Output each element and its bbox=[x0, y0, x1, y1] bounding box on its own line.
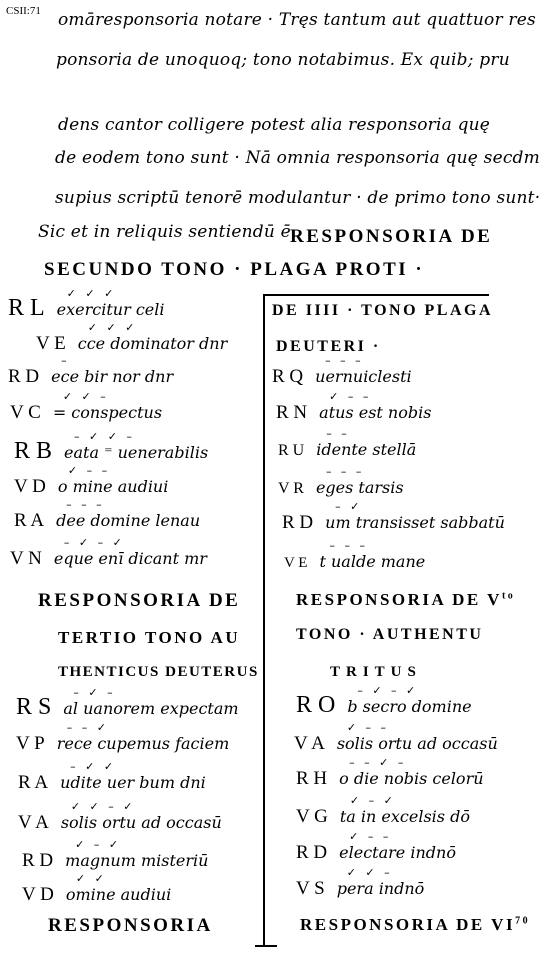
neumes-icon: – – – bbox=[329, 539, 368, 552]
siglum: R L bbox=[8, 295, 45, 322]
left-entry-4: V C ✓ ✓ –= conspectus bbox=[10, 402, 162, 424]
left-entry-6: V D ✓ – –o mine audiui bbox=[14, 476, 168, 498]
prose-line-6: Sic et in reliquis sentiendū ē bbox=[38, 222, 291, 242]
incipit-text: idente stellā bbox=[316, 440, 416, 459]
right-entry-6: V E – – –t ualde mane bbox=[284, 552, 425, 572]
neumes-icon: ✓ – – bbox=[349, 830, 391, 843]
incipit-text: cce dominator dnr bbox=[78, 334, 227, 353]
incipit-text: o die nobis celorū bbox=[339, 769, 483, 788]
siglum: R S bbox=[16, 694, 51, 721]
right-entry-2: R N ✓ – –atus est nobis bbox=[276, 402, 431, 424]
incipit-text: pera indnō bbox=[337, 879, 425, 898]
incipit-text: magnum misteriū bbox=[65, 851, 208, 870]
siglum: R D bbox=[282, 512, 313, 534]
neumes-icon: ✓ – – bbox=[68, 464, 110, 477]
incipit-text: dee domine lenau bbox=[56, 511, 200, 530]
right-entry2-5: R D ✓ – –electare indnō bbox=[296, 842, 456, 864]
manuscript-page: CSII:71 omāresponsoria notare · Tręs tan… bbox=[0, 0, 541, 964]
neumes-icon: – ✓ ✓ – bbox=[74, 430, 135, 443]
neumes-icon: – – – bbox=[66, 498, 105, 511]
right-entry2-6: V S ✓ ✓ –pera indnō bbox=[296, 878, 424, 900]
left-entry-1: R L ✓ ✓ ✓exercitur celi bbox=[8, 295, 165, 322]
siglum: R B bbox=[14, 438, 52, 465]
siglum: R U bbox=[278, 442, 304, 460]
siglum: R A bbox=[18, 772, 48, 794]
incipit-text: ece bir nor dnr bbox=[51, 367, 173, 386]
prose-line-5: supius scriptū tenorē modulantur · de pr… bbox=[55, 188, 540, 208]
right-entry-4: V R – – –eges tarsis bbox=[278, 478, 404, 498]
incipit-text: ta in excelsis dō bbox=[340, 807, 470, 826]
incipit-text: udite uer bum dni bbox=[60, 773, 206, 792]
siglum: V E bbox=[36, 333, 66, 355]
incipit-text: uernuiclesti bbox=[315, 367, 411, 386]
left-entry2-2: V P – – ✓rece cupemus faciem bbox=[16, 733, 229, 755]
neumes-icon: – – – bbox=[325, 354, 364, 367]
incipit-text: electare indnō bbox=[339, 843, 456, 862]
siglum: V R bbox=[278, 480, 304, 498]
neumes-icon: ✓ ✓ – bbox=[63, 390, 109, 403]
incipit-text: um transisset sabbatū bbox=[325, 513, 505, 532]
incipit-text: atus est nobis bbox=[319, 403, 431, 422]
left-entry-7: R A – – –dee domine lenau bbox=[14, 510, 200, 532]
siglum: V A bbox=[294, 733, 325, 755]
left-entry-2: V E ✓ ✓ ✓cce dominator dnr bbox=[36, 333, 227, 355]
neumes-icon: – ✓ – ✓ bbox=[64, 536, 125, 549]
incipit-text: solis ortu ad occasū bbox=[61, 813, 222, 832]
incipit-text: rece cupemus faciem bbox=[57, 734, 230, 753]
right-heading-2-text: RESPONSORIA DE V bbox=[296, 590, 502, 609]
neumes-icon: ✓ – – bbox=[329, 390, 371, 403]
siglum: V P bbox=[16, 733, 45, 755]
left-entry-3: R D –ece bir nor dnr bbox=[8, 366, 173, 388]
right-entry2-1: R O – ✓ – ✓b secro domine bbox=[296, 692, 472, 719]
left-entry2-6: V D ✓ ✓omine audiui bbox=[22, 884, 171, 906]
neumes-icon: – – ✓ bbox=[67, 721, 109, 734]
column-divider-foot bbox=[255, 945, 277, 947]
siglum: R D bbox=[8, 366, 39, 388]
prose-line-2: ponsoria de unoquoq; tono notabimus. Ex … bbox=[56, 50, 510, 70]
left-entry-5: R B – ✓ ✓ –eata ⁼ uenerabilis bbox=[14, 438, 208, 465]
siglum: R H bbox=[296, 768, 327, 790]
neumes-icon: – ✓ bbox=[335, 500, 362, 513]
left-entry2-5: R D ✓ – ✓magnum misteriū bbox=[22, 850, 208, 872]
incipit-text: t ualde mane bbox=[319, 552, 425, 571]
right-heading-1-line-1: DE IIII · TONO PLAGA bbox=[272, 302, 493, 320]
left-heading-2-line-1: RESPONSORIA DE bbox=[38, 590, 240, 612]
incipit-text: solis ortu ad occasū bbox=[337, 734, 498, 753]
left-entry2-1: R S – ✓ –al uanorem expectam bbox=[16, 694, 239, 721]
neumes-icon: ✓ – – bbox=[347, 721, 389, 734]
left-entry2-4: V A ✓ ✓ – ✓solis ortu ad occasū bbox=[18, 812, 222, 834]
incipit-text: eque enī dicant mr bbox=[54, 549, 207, 568]
incipit-text: b secro domine bbox=[347, 697, 471, 716]
right-entry-3: R U – –idente stellā bbox=[278, 440, 416, 460]
siglum: V N bbox=[10, 548, 42, 570]
incipit-text: al uanorem expectam bbox=[63, 699, 238, 718]
incipit-text: omine audiui bbox=[66, 885, 171, 904]
left-entry2-3: R A – ✓ ✓udite uer bum dni bbox=[18, 772, 206, 794]
left-heading-2-line-2: TERTIO TONO AU bbox=[58, 628, 240, 648]
neumes-icon: – bbox=[61, 354, 70, 367]
column-divider-top bbox=[263, 294, 489, 296]
neumes-icon: – – – bbox=[326, 465, 365, 478]
left-heading-2-line-3: THENTICUS DEUTERUS bbox=[58, 664, 259, 681]
heading-secundo-tono: SECUNDO TONO · PLAGA PROTI · bbox=[44, 259, 424, 281]
siglum: V S bbox=[296, 878, 325, 900]
neumes-icon: ✓ ✓ bbox=[76, 872, 107, 885]
siglum: R D bbox=[22, 850, 53, 872]
siglum: R N bbox=[276, 402, 307, 424]
siglum: V C bbox=[10, 402, 41, 424]
right-entry-1: R Q – – –uernuiclesti bbox=[272, 366, 412, 388]
right-entry-5: R D – ✓um transisset sabbatū bbox=[282, 512, 505, 534]
prose-line-1: omāresponsoria notare · Tręs tantum aut … bbox=[58, 10, 536, 30]
siglum: R D bbox=[296, 842, 327, 864]
right-entry2-2: V A ✓ – –solis ortu ad occasū bbox=[294, 733, 498, 755]
prose-line-3: dens cantor colligere potest alia respon… bbox=[58, 115, 490, 135]
right-entry2-4: V G ✓ – ✓ta in excelsis dō bbox=[296, 806, 470, 828]
heading-responsoria-de: RESPONSORIA DE bbox=[290, 226, 492, 248]
neumes-icon: ✓ ✓ – bbox=[347, 866, 393, 879]
incipit-text: exercitur celi bbox=[57, 300, 165, 319]
right-heading-2-line-2: TONO · AUTHENTU bbox=[296, 626, 483, 644]
left-footer-heading: RESPONSORIA bbox=[48, 915, 213, 937]
siglum: R Q bbox=[272, 366, 303, 388]
incipit-text: = conspectus bbox=[53, 403, 162, 422]
neumes-icon: – ✓ – ✓ bbox=[357, 684, 418, 697]
neumes-icon: ✓ – ✓ bbox=[350, 794, 396, 807]
right-heading-2-line-3: TRITUS bbox=[330, 664, 422, 681]
superscript-ordinal: to bbox=[502, 590, 515, 601]
incipit-text: o mine audiui bbox=[58, 477, 169, 496]
siglum: V E bbox=[284, 555, 307, 572]
incipit-text: eges tarsis bbox=[316, 478, 404, 497]
left-entry-8: V N – ✓ – ✓eque enī dicant mr bbox=[10, 548, 207, 570]
incipit-text: eata ⁼ uenerabilis bbox=[64, 443, 208, 462]
neumes-icon: – – bbox=[326, 427, 350, 440]
neumes-icon: – ✓ ✓ bbox=[70, 760, 116, 773]
right-footer-heading: RESPONSORIA DE VI70 bbox=[300, 915, 530, 935]
superscript-page-number: 70 bbox=[515, 915, 530, 926]
right-footer-text: RESPONSORIA DE VI bbox=[300, 915, 515, 934]
neumes-icon: – ✓ – bbox=[73, 686, 115, 699]
siglum: R A bbox=[14, 510, 44, 532]
siglum: V D bbox=[14, 476, 46, 498]
neumes-icon: ✓ ✓ ✓ bbox=[88, 321, 138, 334]
siglum: V D bbox=[22, 884, 54, 906]
siglum: R O bbox=[296, 692, 335, 719]
siglum: V A bbox=[18, 812, 49, 834]
right-heading-2-line-1: RESPONSORIA DE Vto bbox=[296, 590, 515, 610]
siglum: V G bbox=[296, 806, 328, 828]
neumes-icon: ✓ ✓ ✓ bbox=[67, 287, 117, 300]
neumes-icon: ✓ ✓ – ✓ bbox=[71, 800, 136, 813]
folio-label: CSII:71 bbox=[6, 5, 41, 17]
neumes-icon: ✓ – ✓ bbox=[75, 838, 121, 851]
column-divider bbox=[263, 295, 265, 945]
right-entry2-3: R H – – ✓ –o die nobis celorū bbox=[296, 768, 484, 790]
prose-line-4: de eodem tono sunt · Nā omnia responsori… bbox=[55, 148, 540, 168]
neumes-icon: – – ✓ – bbox=[349, 756, 406, 769]
